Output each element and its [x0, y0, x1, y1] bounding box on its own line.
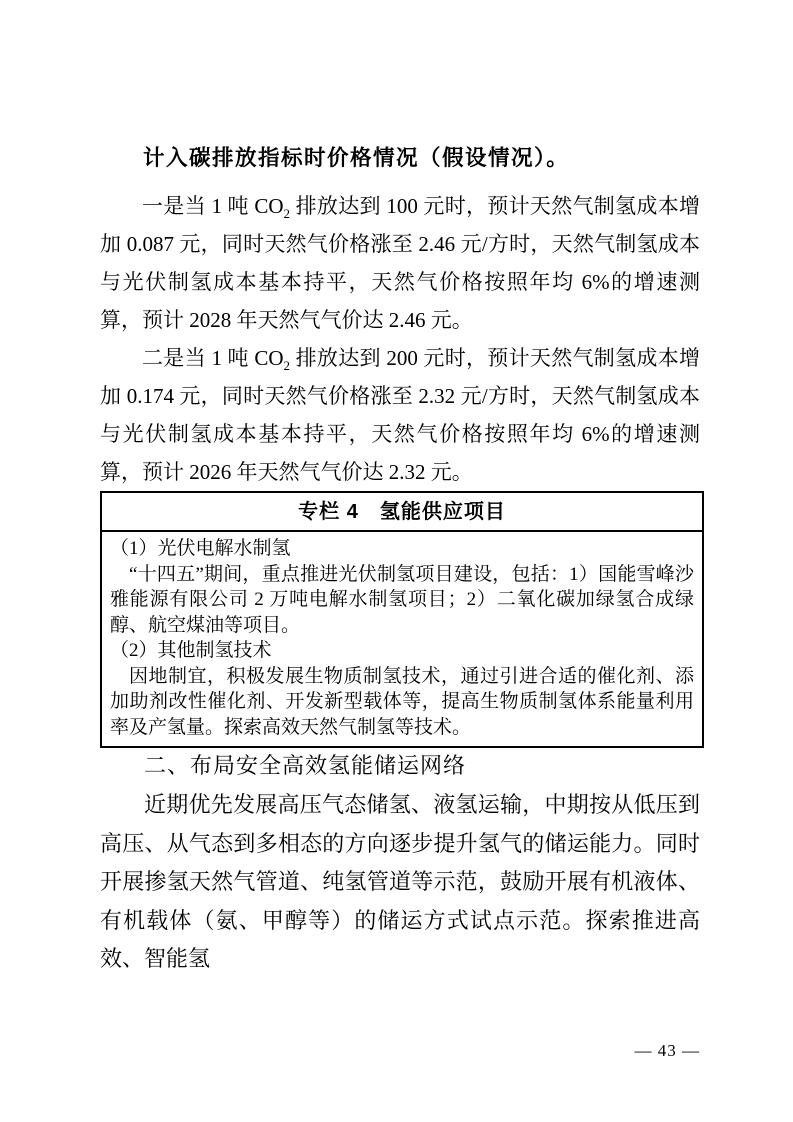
section-paragraph-storage-network: 近期优先发展高压气态储氢、液氢运输，中期按从低压到高压、从气态到多相态的方向逐步…	[100, 786, 700, 979]
callout-box-title: 专栏 4 氢能供应项目	[102, 493, 702, 532]
main-heading: 计入碳排放指标时价格情况（假设情况）。	[100, 139, 700, 177]
section-heading-storage-network: 二、布局安全高效氢能储运网络	[100, 748, 700, 784]
page-number: — 43 —	[100, 1041, 700, 1061]
document-page: 计入碳排放指标时价格情况（假设情况）。 一是当 1 吨 CO2 排放达到 100…	[0, 0, 793, 1122]
box-line-other-tech-heading: （2）其他制氢技术	[110, 638, 694, 664]
box-line-pv-electrolysis-detail: “十四五”期间，重点推进光伏制氢项目建设，包括：1）国能雪峰沙雅能源有限公司 2…	[110, 562, 694, 639]
paragraph-co2-100: 一是当 1 吨 CO2 排放达到 100 元时，预计天然气制氢成本增加 0.08…	[100, 187, 700, 339]
callout-box-column4: 专栏 4 氢能供应项目 （1）光伏电解水制氢 “十四五”期间，重点推进光伏制氢项…	[100, 491, 704, 748]
box-line-other-tech-detail: 因地制宜，积极发展生物质制氢技术，通过引进合适的催化剂、添加助剂改性催化剂、开发…	[110, 664, 694, 741]
paragraph-co2-200-pre: 二是当 1 吨 CO	[142, 346, 284, 370]
box-line-pv-electrolysis-heading: （1）光伏电解水制氢	[110, 536, 694, 562]
paragraph-co2-200: 二是当 1 吨 CO2 排放达到 200 元时，预计天然气制氢成本增加 0.17…	[100, 339, 700, 491]
callout-box-body: （1）光伏电解水制氢 “十四五”期间，重点推进光伏制氢项目建设，包括：1）国能雪…	[102, 532, 702, 746]
paragraph-co2-100-pre: 一是当 1 吨 CO	[142, 194, 284, 218]
